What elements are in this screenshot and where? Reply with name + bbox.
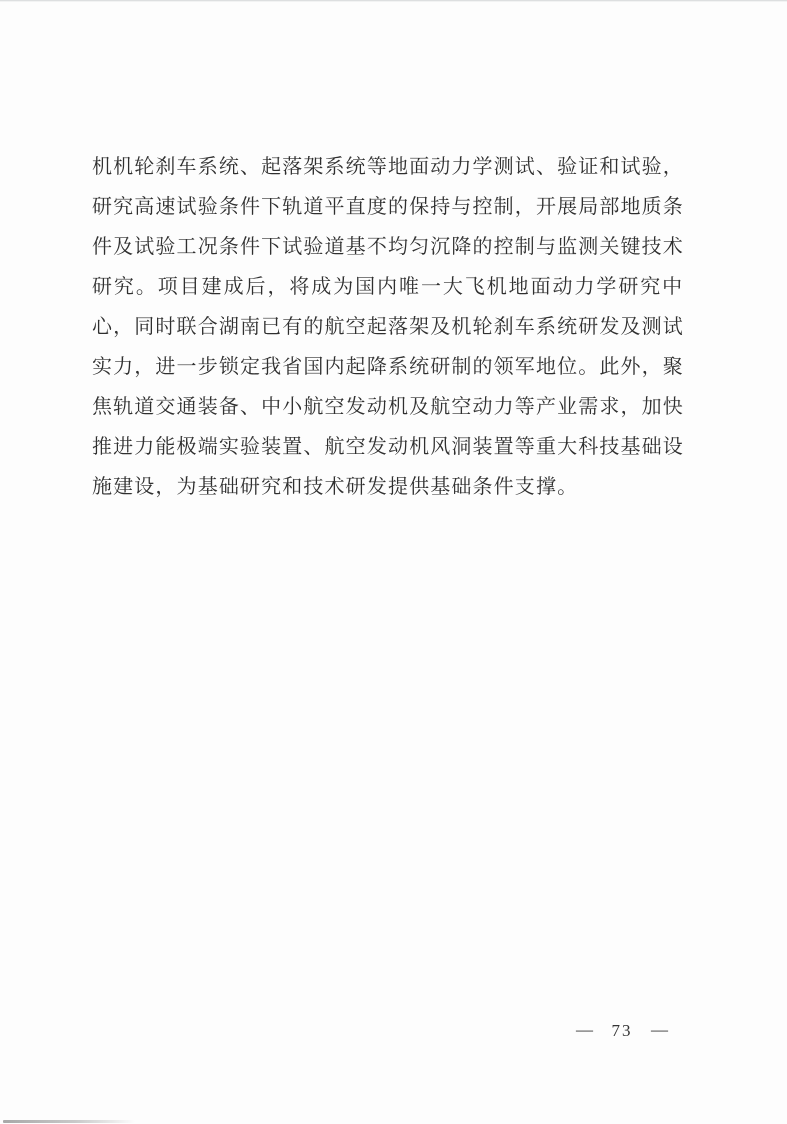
document-page: 机机轮刹车系统、起落架系统等地面动力学测试、验证和试验， 研究高速试验条件下轨道… bbox=[0, 0, 787, 1124]
text-line: 心，同时联合湖南已有的航空起落架及机轮刹车系统研发及测试 bbox=[92, 307, 684, 347]
text-line: 机机轮刹车系统、起落架系统等地面动力学测试、验证和试验， bbox=[92, 147, 684, 187]
page-number: 73 bbox=[612, 1021, 633, 1041]
text-line: 件及试验工况条件下试验道基不均匀沉降的控制与监测关键技术 bbox=[92, 227, 684, 267]
footer-dash-right: — bbox=[651, 1020, 668, 1040]
text-line: 施建设，为基础研究和技术研发提供基础条件支撑。 bbox=[92, 467, 684, 507]
paragraph: 机机轮刹车系统、起落架系统等地面动力学测试、验证和试验， 研究高速试验条件下轨道… bbox=[92, 147, 684, 507]
text-line: 研究高速试验条件下轨道平直度的保持与控制，开展局部地质条 bbox=[92, 187, 684, 227]
text-line: 实力，进一步锁定我省国内起降系统研制的领军地位。此外，聚 bbox=[92, 347, 684, 387]
scan-smudge-artifact bbox=[3, 1120, 135, 1123]
page-footer: — 73 — bbox=[576, 1014, 668, 1048]
text-line: 焦轨道交通装备、中小航空发动机及航空动力等产业需求，加快 bbox=[92, 387, 684, 427]
text-line: 研究。项目建成后，将成为国内唯一大飞机地面动力学研究中 bbox=[92, 267, 684, 307]
text-line: 推进力能极端实验装置、航空发动机风洞装置等重大科技基础设 bbox=[92, 427, 684, 467]
footer-dash-left: — bbox=[576, 1020, 593, 1040]
scan-top-edge-artifact bbox=[0, 0, 787, 2]
